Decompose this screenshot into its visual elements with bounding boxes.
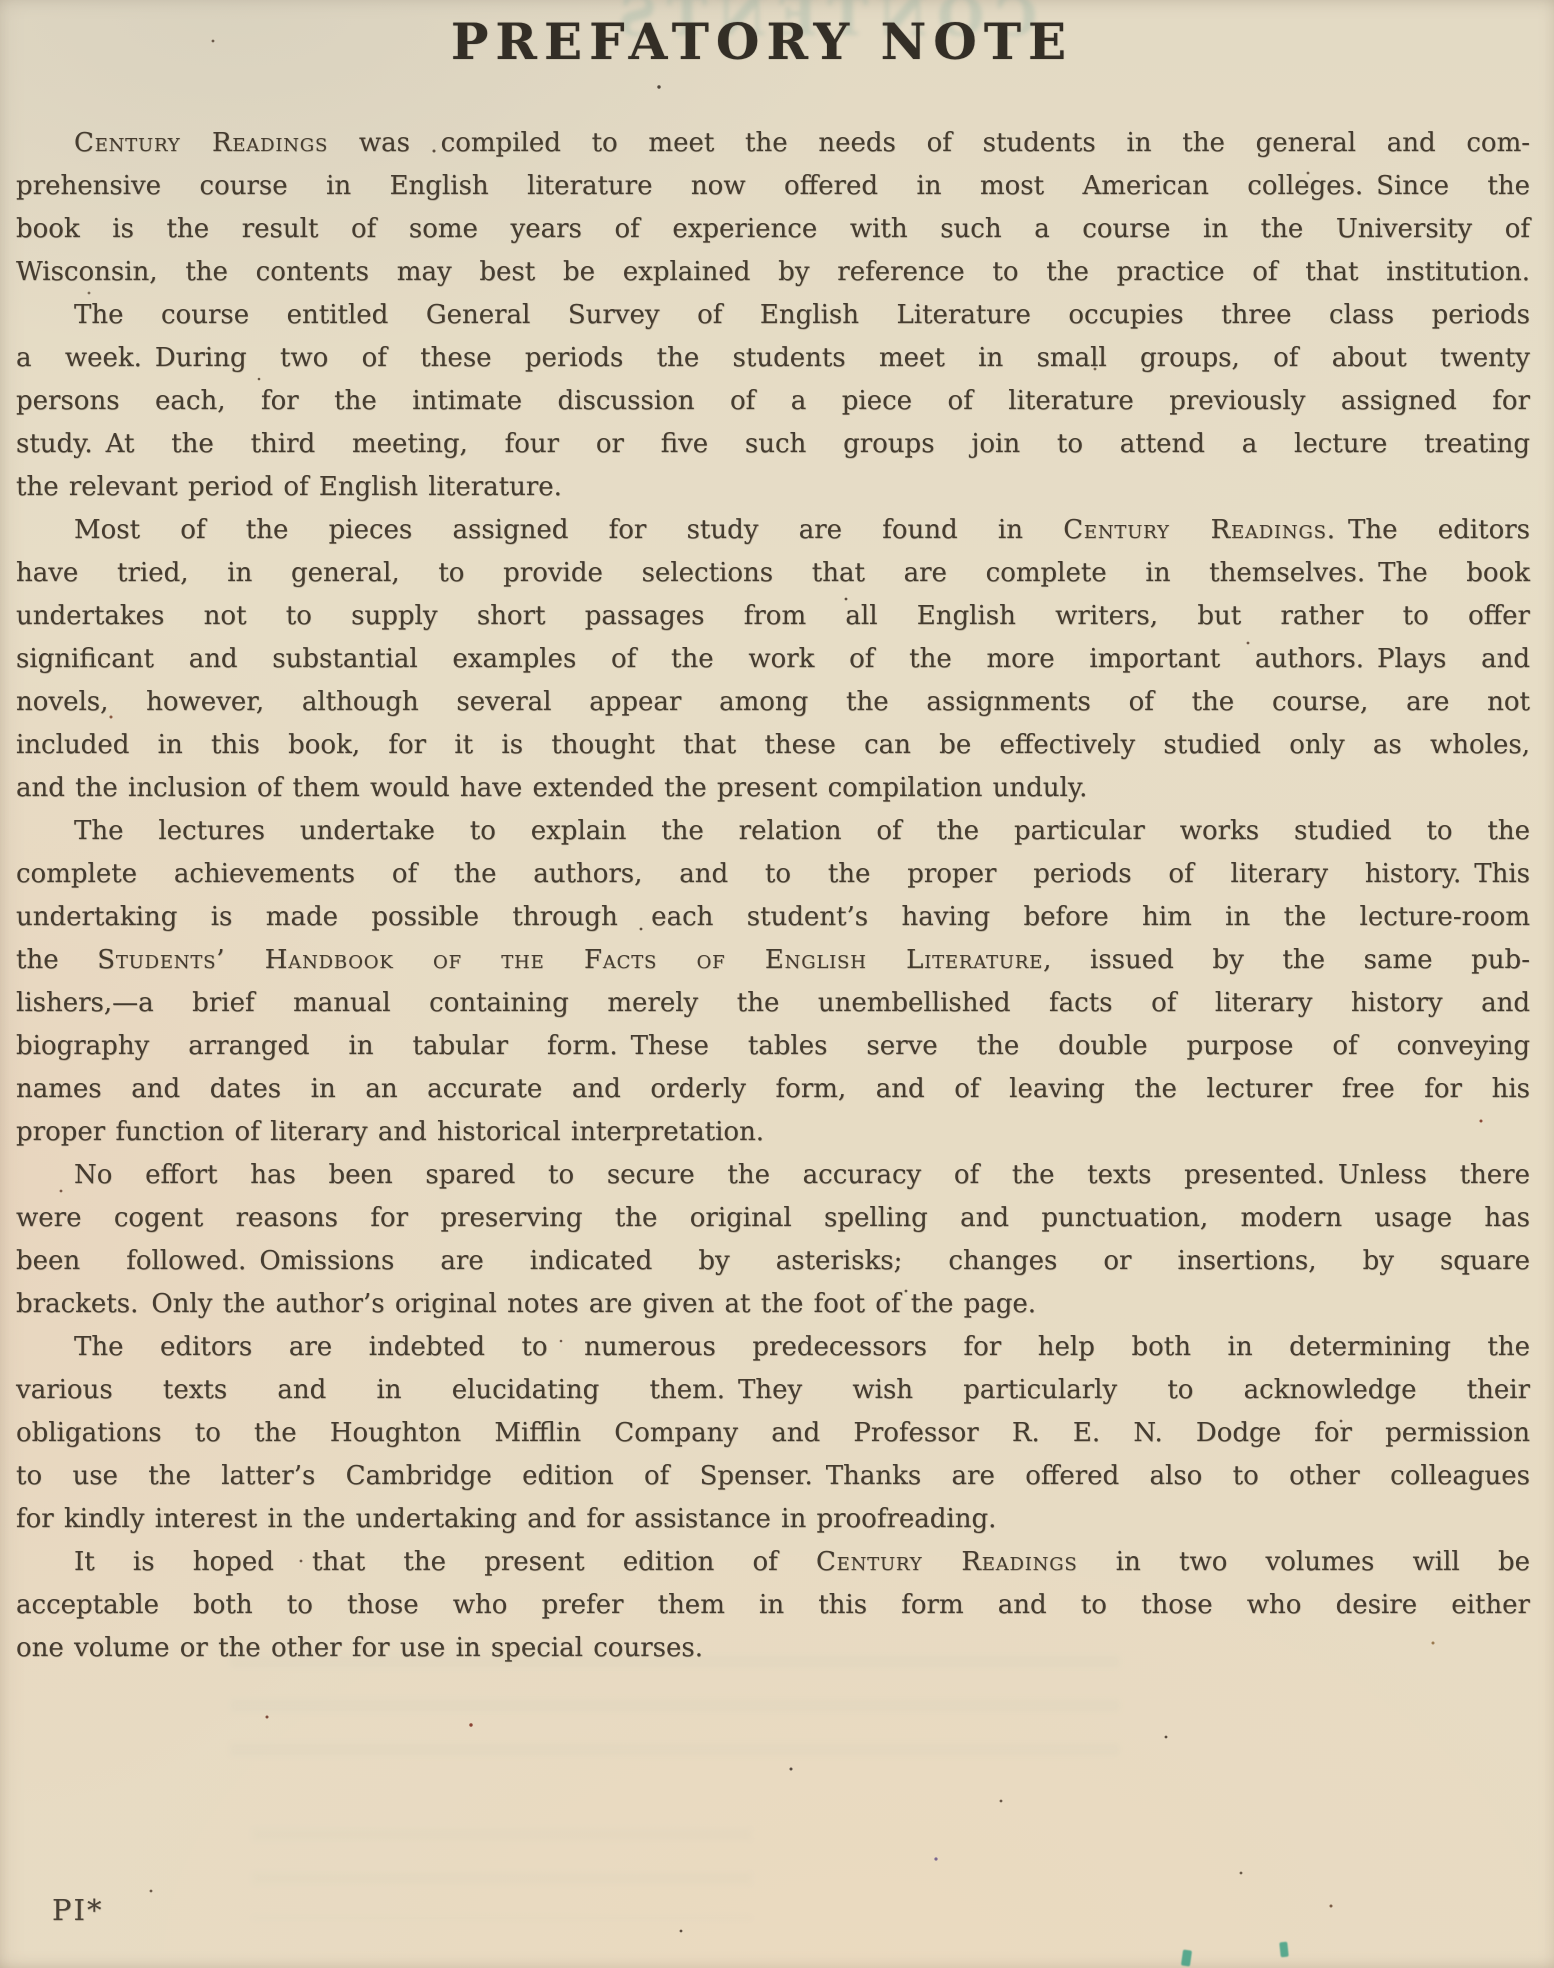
text-segment: No effort has been spared to secure the …	[74, 1160, 1530, 1190]
text-segment: Wisconsin, the contents may best be expl…	[16, 257, 1530, 287]
book-page: CONTENTS PREFATORY NOTE Century Readings…	[0, 0, 1554, 1968]
text-line: It is hoped that the present edition of …	[16, 1541, 1530, 1584]
paragraph: Most of the pieces assigned for study ar…	[16, 509, 1530, 810]
text-line: been followed. Omissions are indicated b…	[16, 1240, 1530, 1283]
bleed-through-smudge	[230, 1655, 1120, 1767]
teal-offset-mark	[1181, 1949, 1192, 1966]
text-line: novels, however, although several appear…	[16, 681, 1530, 724]
paper-specks	[0, 0, 2, 2]
text-segment: book is the result of some years of expe…	[16, 214, 1530, 244]
text-segment: persons each, for the intimate discussio…	[16, 386, 1530, 416]
teal-offset-mark	[1279, 1942, 1289, 1958]
text-segment: lishers,—a brief manual containing merel…	[16, 988, 1530, 1018]
text-line: a week. During two of these periods the …	[16, 337, 1530, 380]
text-line: acceptable both to those who prefer them…	[16, 1584, 1530, 1627]
text-line: proper function of literary and historic…	[16, 1111, 1530, 1154]
paragraph: The course entitled General Survey of En…	[16, 294, 1530, 509]
text-line: various texts and in elucidating them. T…	[16, 1369, 1530, 1412]
text-segment: been followed. Omissions are indicated b…	[16, 1246, 1530, 1276]
text-line: complete achievements of the authors, an…	[16, 853, 1530, 896]
text-segment: to use the latter’s Cambridge edition of…	[16, 1461, 1530, 1491]
paragraph: No effort has been spared to secure the …	[16, 1154, 1530, 1326]
text-segment: The editors are indebted to numerous pre…	[74, 1332, 1530, 1362]
text-segment: prehensive course in English literature …	[16, 171, 1530, 201]
text-line: included in this book, for it is thought…	[16, 724, 1530, 767]
text-segment: novels, however, although several appear…	[16, 687, 1530, 717]
bleed-through-smudge	[252, 1828, 752, 1920]
text-segment: and the inclusion of them would have ext…	[16, 773, 1087, 803]
text-line: the relevant period of English literatur…	[16, 466, 1530, 509]
text-segment: . The editors	[1327, 515, 1530, 545]
text-line: for kindly interest in the undertaking a…	[16, 1498, 1530, 1541]
text-segment: undertakes not to supply short passages …	[16, 601, 1530, 631]
text-line: undertakes not to supply short passages …	[16, 595, 1530, 638]
text-segment: study. At the third meeting, four or fiv…	[16, 429, 1530, 459]
paragraph: Century Readings was compiled to meet th…	[16, 122, 1530, 294]
text-line: Wisconsin, the contents may best be expl…	[16, 251, 1530, 294]
body-text: Century Readings was compiled to meet th…	[16, 122, 1530, 1670]
text-line: Century Readings was compiled to meet th…	[16, 122, 1530, 165]
text-segment: proper function of literary and historic…	[16, 1117, 764, 1147]
text-line: and the inclusion of them would have ext…	[16, 767, 1530, 810]
text-line: lishers,—a brief manual containing merel…	[16, 982, 1530, 1025]
text-line: the Students’ Handbook of the Facts of E…	[16, 939, 1530, 982]
text-segment: brackets. Only the author’s original not…	[16, 1289, 1036, 1319]
text-segment: was compiled to meet the needs of studen…	[328, 128, 1530, 158]
text-segment: biography arranged in tabular form. Thes…	[16, 1031, 1530, 1061]
small-caps-text: Century Readings	[1063, 515, 1327, 545]
printer-signature-mark: PI*	[52, 1893, 103, 1927]
text-segment: were cogent reasons for preserving the o…	[16, 1203, 1530, 1233]
text-line: The course entitled General Survey of En…	[16, 294, 1530, 337]
text-segment: , issued by the same pub-	[1043, 945, 1530, 975]
text-line: Most of the pieces assigned for study ar…	[16, 509, 1530, 552]
paragraph: The lectures undertake to explain the re…	[16, 810, 1530, 1154]
text-segment: The lectures undertake to explain the re…	[74, 816, 1530, 846]
text-segment: obligations to the Houghton Mifflin Comp…	[16, 1418, 1530, 1448]
text-line: undertaking is made possible through eac…	[16, 896, 1530, 939]
text-segment: included in this book, for it is thought…	[16, 730, 1530, 760]
text-segment: names and dates in an accurate and order…	[16, 1074, 1530, 1104]
text-segment: the relevant period of English literatur…	[16, 472, 562, 502]
small-caps-text: Century Readings	[816, 1547, 1078, 1577]
text-segment: complete achievements of the authors, an…	[16, 859, 1530, 889]
text-segment: undertaking is made possible through eac…	[16, 902, 1530, 932]
text-line: book is the result of some years of expe…	[16, 208, 1530, 251]
text-line: names and dates in an accurate and order…	[16, 1068, 1530, 1111]
text-line: one volume or the other for use in speci…	[16, 1627, 1530, 1670]
text-segment: The course entitled General Survey of En…	[74, 300, 1530, 330]
text-segment: various texts and in elucidating them. T…	[16, 1375, 1530, 1405]
text-segment: significant and substantial examples of …	[16, 644, 1530, 674]
text-segment: Most of the pieces assigned for study ar…	[74, 515, 1063, 545]
text-line: have tried, in general, to provide selec…	[16, 552, 1530, 595]
text-line: persons each, for the intimate discussio…	[16, 380, 1530, 423]
text-segment: It is hoped that the present edition of	[74, 1547, 816, 1577]
text-line: were cogent reasons for preserving the o…	[16, 1197, 1530, 1240]
text-segment: a week. During two of these periods the …	[16, 343, 1530, 373]
text-line: obligations to the Houghton Mifflin Comp…	[16, 1412, 1530, 1455]
text-segment: have tried, in general, to provide selec…	[16, 558, 1530, 588]
text-segment: the	[16, 945, 97, 975]
text-segment: acceptable both to those who prefer them…	[16, 1590, 1530, 1620]
text-segment: for kindly interest in the undertaking a…	[16, 1504, 996, 1534]
text-line: study. At the third meeting, four or fiv…	[16, 423, 1530, 466]
text-line: prehensive course in English literature …	[16, 165, 1530, 208]
text-line: The editors are indebted to numerous pre…	[16, 1326, 1530, 1369]
text-line: No effort has been spared to secure the …	[16, 1154, 1530, 1197]
text-line: to use the latter’s Cambridge edition of…	[16, 1455, 1530, 1498]
paragraph: The editors are indebted to numerous pre…	[16, 1326, 1530, 1541]
text-segment: in two volumes will be	[1078, 1547, 1530, 1577]
text-line: brackets. Only the author’s original not…	[16, 1283, 1530, 1326]
paragraph: It is hoped that the present edition of …	[16, 1541, 1530, 1670]
small-caps-text: Century Readings	[74, 128, 328, 158]
text-line: significant and substantial examples of …	[16, 638, 1530, 681]
page-title: PREFATORY NOTE	[0, 12, 1539, 71]
text-line: biography arranged in tabular form. Thes…	[16, 1025, 1530, 1068]
text-segment: one volume or the other for use in speci…	[16, 1633, 703, 1663]
small-caps-text: Students’ Handbook of the Facts of Engli…	[97, 945, 1043, 975]
text-line: The lectures undertake to explain the re…	[16, 810, 1530, 853]
